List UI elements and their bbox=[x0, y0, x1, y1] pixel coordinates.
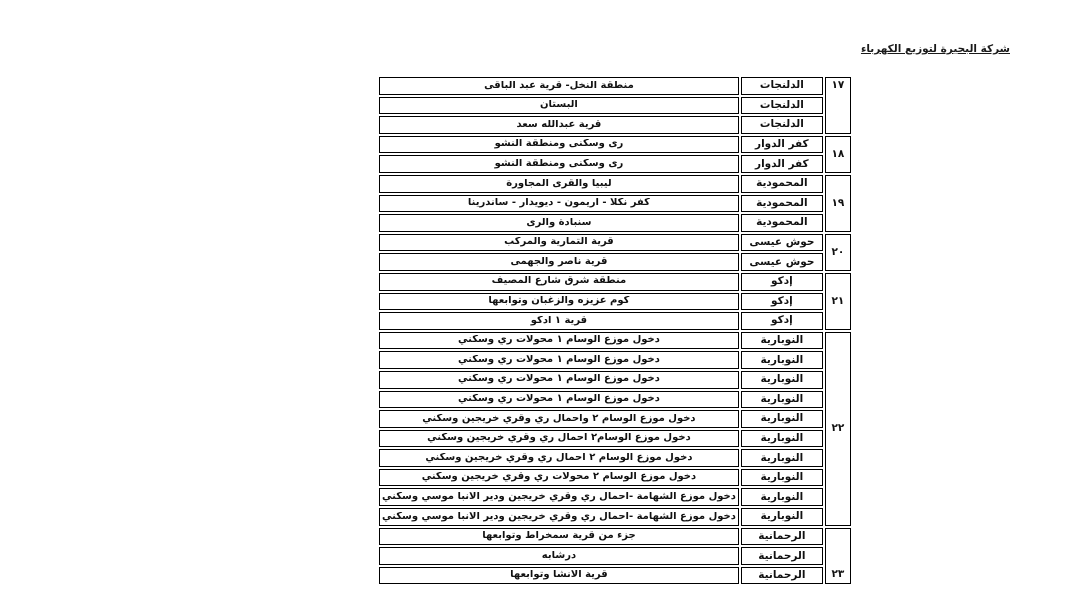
description-text: ليبيا والقرى المجاورة bbox=[382, 179, 736, 190]
description-text: دخول موزع الشهامة -احمال ري وقري خريجين … bbox=[382, 512, 736, 523]
description-cell: قرية الانشا وتوابعها bbox=[379, 567, 739, 585]
description-cell: درشابه bbox=[379, 547, 739, 565]
region-cell: الدلنجات bbox=[741, 77, 823, 95]
table-row: إدكو كوم عزيزه والزغبان وتوابعها bbox=[379, 293, 851, 311]
region-cell: إدكو bbox=[741, 293, 823, 311]
description-cell: سنبادة والرى bbox=[379, 214, 739, 232]
table-row: ٢٢ النوبارية دخول موزع الوسام ١ محولات ر… bbox=[379, 332, 851, 350]
description-text: رى وسكنى ومنطقة النشو bbox=[382, 159, 736, 170]
description-text: كفر نكلا - اريمون - ديويدار - ساندرينا bbox=[382, 198, 736, 209]
description-cell: كفر نكلا - اريمون - ديويدار - ساندرينا bbox=[379, 195, 739, 213]
table-row: النوبارية دخول موزع الوسام٢ احمال ري وقر… bbox=[379, 430, 851, 448]
table-row: النوبارية دخول موزع الشهامة -احمال ري وق… bbox=[379, 488, 851, 506]
region-cell: كفر الدوار bbox=[741, 136, 823, 154]
region-cell: إدكو bbox=[741, 273, 823, 291]
region-cell: الدلنجات bbox=[741, 97, 823, 115]
description-text: دخول موزع الوسام ١ محولات ري وسكني bbox=[382, 394, 736, 405]
description-text: دخول موزع الشهامة -احمال ري وقري خريجين … bbox=[382, 492, 736, 503]
region-cell: النوبارية bbox=[741, 508, 823, 526]
table-row: ١٨ كفر الدوار رى وسكنى ومنطقة النشو bbox=[379, 136, 851, 154]
region-cell: كفر الدوار bbox=[741, 155, 823, 173]
region-cell: النوبارية bbox=[741, 449, 823, 467]
distribution-areas-table: ١٧ الدلنجات منطقة النخل- قرية عبد الباقى… bbox=[377, 75, 853, 586]
group-number-cell: ١٨ bbox=[825, 136, 851, 173]
description-cell: دخول موزع الوسام ٢ احمال ري وقري خريجين … bbox=[379, 449, 739, 467]
description-text: دخول موزع الوسام ٢ احمال ري وقري خريجين … bbox=[382, 453, 736, 464]
description-cell: دخول موزع الوسام ١ محولات ري وسكني bbox=[379, 391, 739, 409]
description-text: منطقة النخل- قرية عبد الباقى bbox=[382, 81, 736, 92]
group-number-cell: ٢٣ bbox=[825, 528, 851, 585]
description-text: منطقة شرق شارع المصيف bbox=[382, 276, 736, 287]
table-row: النوبارية دخول موزع الوسام ١ محولات ري و… bbox=[379, 371, 851, 389]
table-row: الدلنجات قرية عبدالله سعد bbox=[379, 116, 851, 134]
region-cell: النوبارية bbox=[741, 469, 823, 487]
table-row: حوش عيسى قرية ناصر والجهمى bbox=[379, 253, 851, 271]
description-text: رى وسكنى ومنطقة النشو bbox=[382, 139, 736, 150]
description-cell: منطقة النخل- قرية عبد الباقى bbox=[379, 77, 739, 95]
description-text: دخول موزع الوسام ١ محولات ري وسكني bbox=[382, 335, 736, 346]
description-cell: دخول موزع الوسام ١ محولات ري وسكني bbox=[379, 332, 739, 350]
table-row: النوبارية دخول موزع الوسام ١ محولات ري و… bbox=[379, 391, 851, 409]
description-text: دخول موزع الوسام ٢ واحمال ري وقري خريجين… bbox=[382, 414, 736, 425]
region-cell: النوبارية bbox=[741, 488, 823, 506]
description-text: جزء من قرية سمخراط وتوابعها bbox=[382, 531, 736, 542]
table-row: النوبارية دخول موزع الشهامة -احمال ري وق… bbox=[379, 508, 851, 526]
group-number-cell: ٢٢ bbox=[825, 332, 851, 526]
description-text: كوم عزيزه والزغبان وتوابعها bbox=[382, 296, 736, 307]
region-cell: النوبارية bbox=[741, 410, 823, 428]
region-cell: النوبارية bbox=[741, 391, 823, 409]
group-number-cell: ٢٠ bbox=[825, 234, 851, 271]
description-text: دخول موزع الوسام ١ محولات ري وسكني bbox=[382, 374, 736, 385]
description-cell: قرية التمارية والمركب bbox=[379, 234, 739, 252]
table-row: النوبارية دخول موزع الوسام ٢ احمال ري وق… bbox=[379, 449, 851, 467]
table-row: إدكو قرية ١ ادكو bbox=[379, 312, 851, 330]
description-text: قرية ١ ادكو bbox=[382, 316, 736, 327]
description-cell: قرية ناصر والجهمى bbox=[379, 253, 739, 271]
description-cell: قرية عبدالله سعد bbox=[379, 116, 739, 134]
region-cell: الدلنجات bbox=[741, 116, 823, 134]
table-row: ٢٠ حوش عيسى قرية التمارية والمركب bbox=[379, 234, 851, 252]
description-cell: رى وسكنى ومنطقة النشو bbox=[379, 155, 739, 173]
group-number-cell: ١٧ bbox=[825, 77, 851, 134]
table-row: الرحمانية درشابه bbox=[379, 547, 851, 565]
table-row: النوبارية دخول موزع الوسام ٢ واحمال ري و… bbox=[379, 410, 851, 428]
description-cell: دخول موزع الوسام ١ محولات ري وسكني bbox=[379, 371, 739, 389]
table-row: الدلنجات البستان bbox=[379, 97, 851, 115]
region-cell: النوبارية bbox=[741, 351, 823, 369]
group-number-cell: ١٩ bbox=[825, 175, 851, 232]
description-text: قرية التمارية والمركب bbox=[382, 237, 736, 248]
table-row: النوبارية دخول موزع الوسام ٢ محولات ري و… bbox=[379, 469, 851, 487]
table-row: ١٩ المحمودية ليبيا والقرى المجاورة bbox=[379, 175, 851, 193]
description-cell: دخول موزع الشهامة -احمال ري وقري خريجين … bbox=[379, 508, 739, 526]
region-cell: حوش عيسى bbox=[741, 253, 823, 271]
description-cell: منطقة شرق شارع المصيف bbox=[379, 273, 739, 291]
description-text: درشابه bbox=[382, 551, 736, 562]
description-text: دخول موزع الوسام ١ محولات ري وسكني bbox=[382, 355, 736, 366]
region-cell: النوبارية bbox=[741, 371, 823, 389]
table-row: المحمودية سنبادة والرى bbox=[379, 214, 851, 232]
description-cell: جزء من قرية سمخراط وتوابعها bbox=[379, 528, 739, 546]
region-cell: المحمودية bbox=[741, 195, 823, 213]
table-row: كفر الدوار رى وسكنى ومنطقة النشو bbox=[379, 155, 851, 173]
page-title: شركة البحيرة لتوزيع الكهرباء bbox=[861, 43, 1010, 55]
table-row: المحمودية كفر نكلا - اريمون - ديويدار - … bbox=[379, 195, 851, 213]
region-cell: الرحمانية bbox=[741, 547, 823, 565]
region-cell: النوبارية bbox=[741, 430, 823, 448]
description-cell: دخول موزع الوسام ٢ واحمال ري وقري خريجين… bbox=[379, 410, 739, 428]
description-cell: ليبيا والقرى المجاورة bbox=[379, 175, 739, 193]
description-cell: كوم عزيزه والزغبان وتوابعها bbox=[379, 293, 739, 311]
description-cell: دخول موزع الوسام ٢ محولات ري وقري خريجين… bbox=[379, 469, 739, 487]
region-cell: النوبارية bbox=[741, 332, 823, 350]
region-cell: المحمودية bbox=[741, 214, 823, 232]
region-cell: المحمودية bbox=[741, 175, 823, 193]
region-cell: الرحمانية bbox=[741, 567, 823, 585]
description-cell: قرية ١ ادكو bbox=[379, 312, 739, 330]
description-text: قرية عبدالله سعد bbox=[382, 120, 736, 131]
description-text: دخول موزع الوسام٢ احمال ري وقري خريجين و… bbox=[382, 433, 736, 444]
description-text: سنبادة والرى bbox=[382, 218, 736, 229]
region-cell: إدكو bbox=[741, 312, 823, 330]
table-row: ٢١ إدكو منطقة شرق شارع المصيف bbox=[379, 273, 851, 291]
table-row: الرحمانية قرية الانشا وتوابعها bbox=[379, 567, 851, 585]
description-cell: دخول موزع الشهامة -احمال ري وقري خريجين … bbox=[379, 488, 739, 506]
description-text: دخول موزع الوسام ٢ محولات ري وقري خريجين… bbox=[382, 472, 736, 483]
description-cell: رى وسكنى ومنطقة النشو bbox=[379, 136, 739, 154]
description-cell: دخول موزع الوسام٢ احمال ري وقري خريجين و… bbox=[379, 430, 739, 448]
description-cell: دخول موزع الوسام ١ محولات ري وسكني bbox=[379, 351, 739, 369]
table-row: ١٧ الدلنجات منطقة النخل- قرية عبد الباقى bbox=[379, 77, 851, 95]
table-row: ٢٣ الرحمانية جزء من قرية سمخراط وتوابعها bbox=[379, 528, 851, 546]
description-cell: البستان bbox=[379, 97, 739, 115]
region-cell: حوش عيسى bbox=[741, 234, 823, 252]
group-number-cell: ٢١ bbox=[825, 273, 851, 330]
description-text: قرية ناصر والجهمى bbox=[382, 257, 736, 268]
description-text: قرية الانشا وتوابعها bbox=[382, 570, 736, 581]
scanned-document-page: { "page": { "title": "شركة البحيرة لتوزي… bbox=[0, 0, 1080, 616]
table-row: النوبارية دخول موزع الوسام ١ محولات ري و… bbox=[379, 351, 851, 369]
region-cell: الرحمانية bbox=[741, 528, 823, 546]
description-text: البستان bbox=[382, 100, 736, 111]
